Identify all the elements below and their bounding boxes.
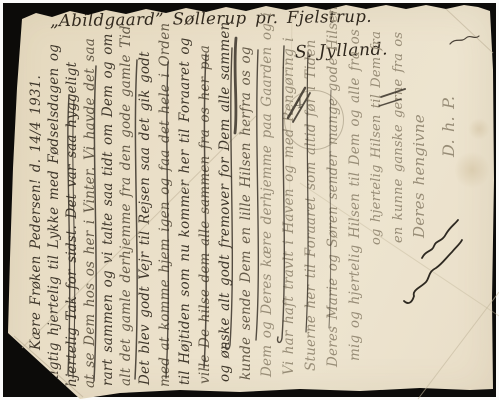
script-line: Kære Frøken Pedersen! d. 14/4 1931. xyxy=(30,55,44,350)
envelope-paper: „Abildgaard” Søllerup pr. Fjelstrup. S. … xyxy=(0,0,499,400)
script-line: og ønske alt godt fremover for Dem alle … xyxy=(219,62,233,382)
script-line: rart sammen og vi talte saa tidt om Dem … xyxy=(102,60,116,386)
script-line: med at komme hjem igen og faa det hele i… xyxy=(159,61,173,387)
script-line: og hjertelig Hilsen til Dem fra xyxy=(370,60,383,245)
script-line: ville De hilse dem alle sammen fra os he… xyxy=(199,62,213,384)
script-line: Det blev godt Vejr til Rejsen saa det gi… xyxy=(139,61,153,385)
script-line: Vi har haft travlt i Haven og med Rengør… xyxy=(283,63,297,375)
paper-stain xyxy=(468,118,490,140)
script-line: Deres hengivne xyxy=(412,93,427,238)
script-line: mig og hjertelig Hilsen til Dem og alle … xyxy=(349,69,363,361)
script-line: Dem og Deres kære derhjemme paa Gaarden … xyxy=(261,62,275,377)
paper-stain xyxy=(455,150,489,190)
script-line: at se Dem hos os her i Vinter. Vi havde … xyxy=(84,60,98,388)
script-line: D. h. P. xyxy=(441,62,457,157)
script-line: en kunne ganske gerne fra os xyxy=(392,63,405,243)
script-line: hjertelig Tak for sidst. Det var saa hyg… xyxy=(66,60,80,387)
scanned-envelope: „Abildgaard” Søllerup pr. Fjelstrup. S. … xyxy=(0,0,499,400)
script-line: Rigtig hjertelig til Lykke med Fødselsda… xyxy=(48,60,62,385)
script-line: Stuerne her til Foraaret som altid før i… xyxy=(305,63,319,371)
script-line: Deres Marie og Søren sender mange gode H… xyxy=(327,67,341,367)
script-line: til Højtiden som nu kommer her til Foraa… xyxy=(179,61,193,385)
script-line: kunde sende Dem en lille Hilsen herfra o… xyxy=(240,62,254,380)
script-line: alt det gamle derhjemme fra den gode gam… xyxy=(120,61,134,386)
